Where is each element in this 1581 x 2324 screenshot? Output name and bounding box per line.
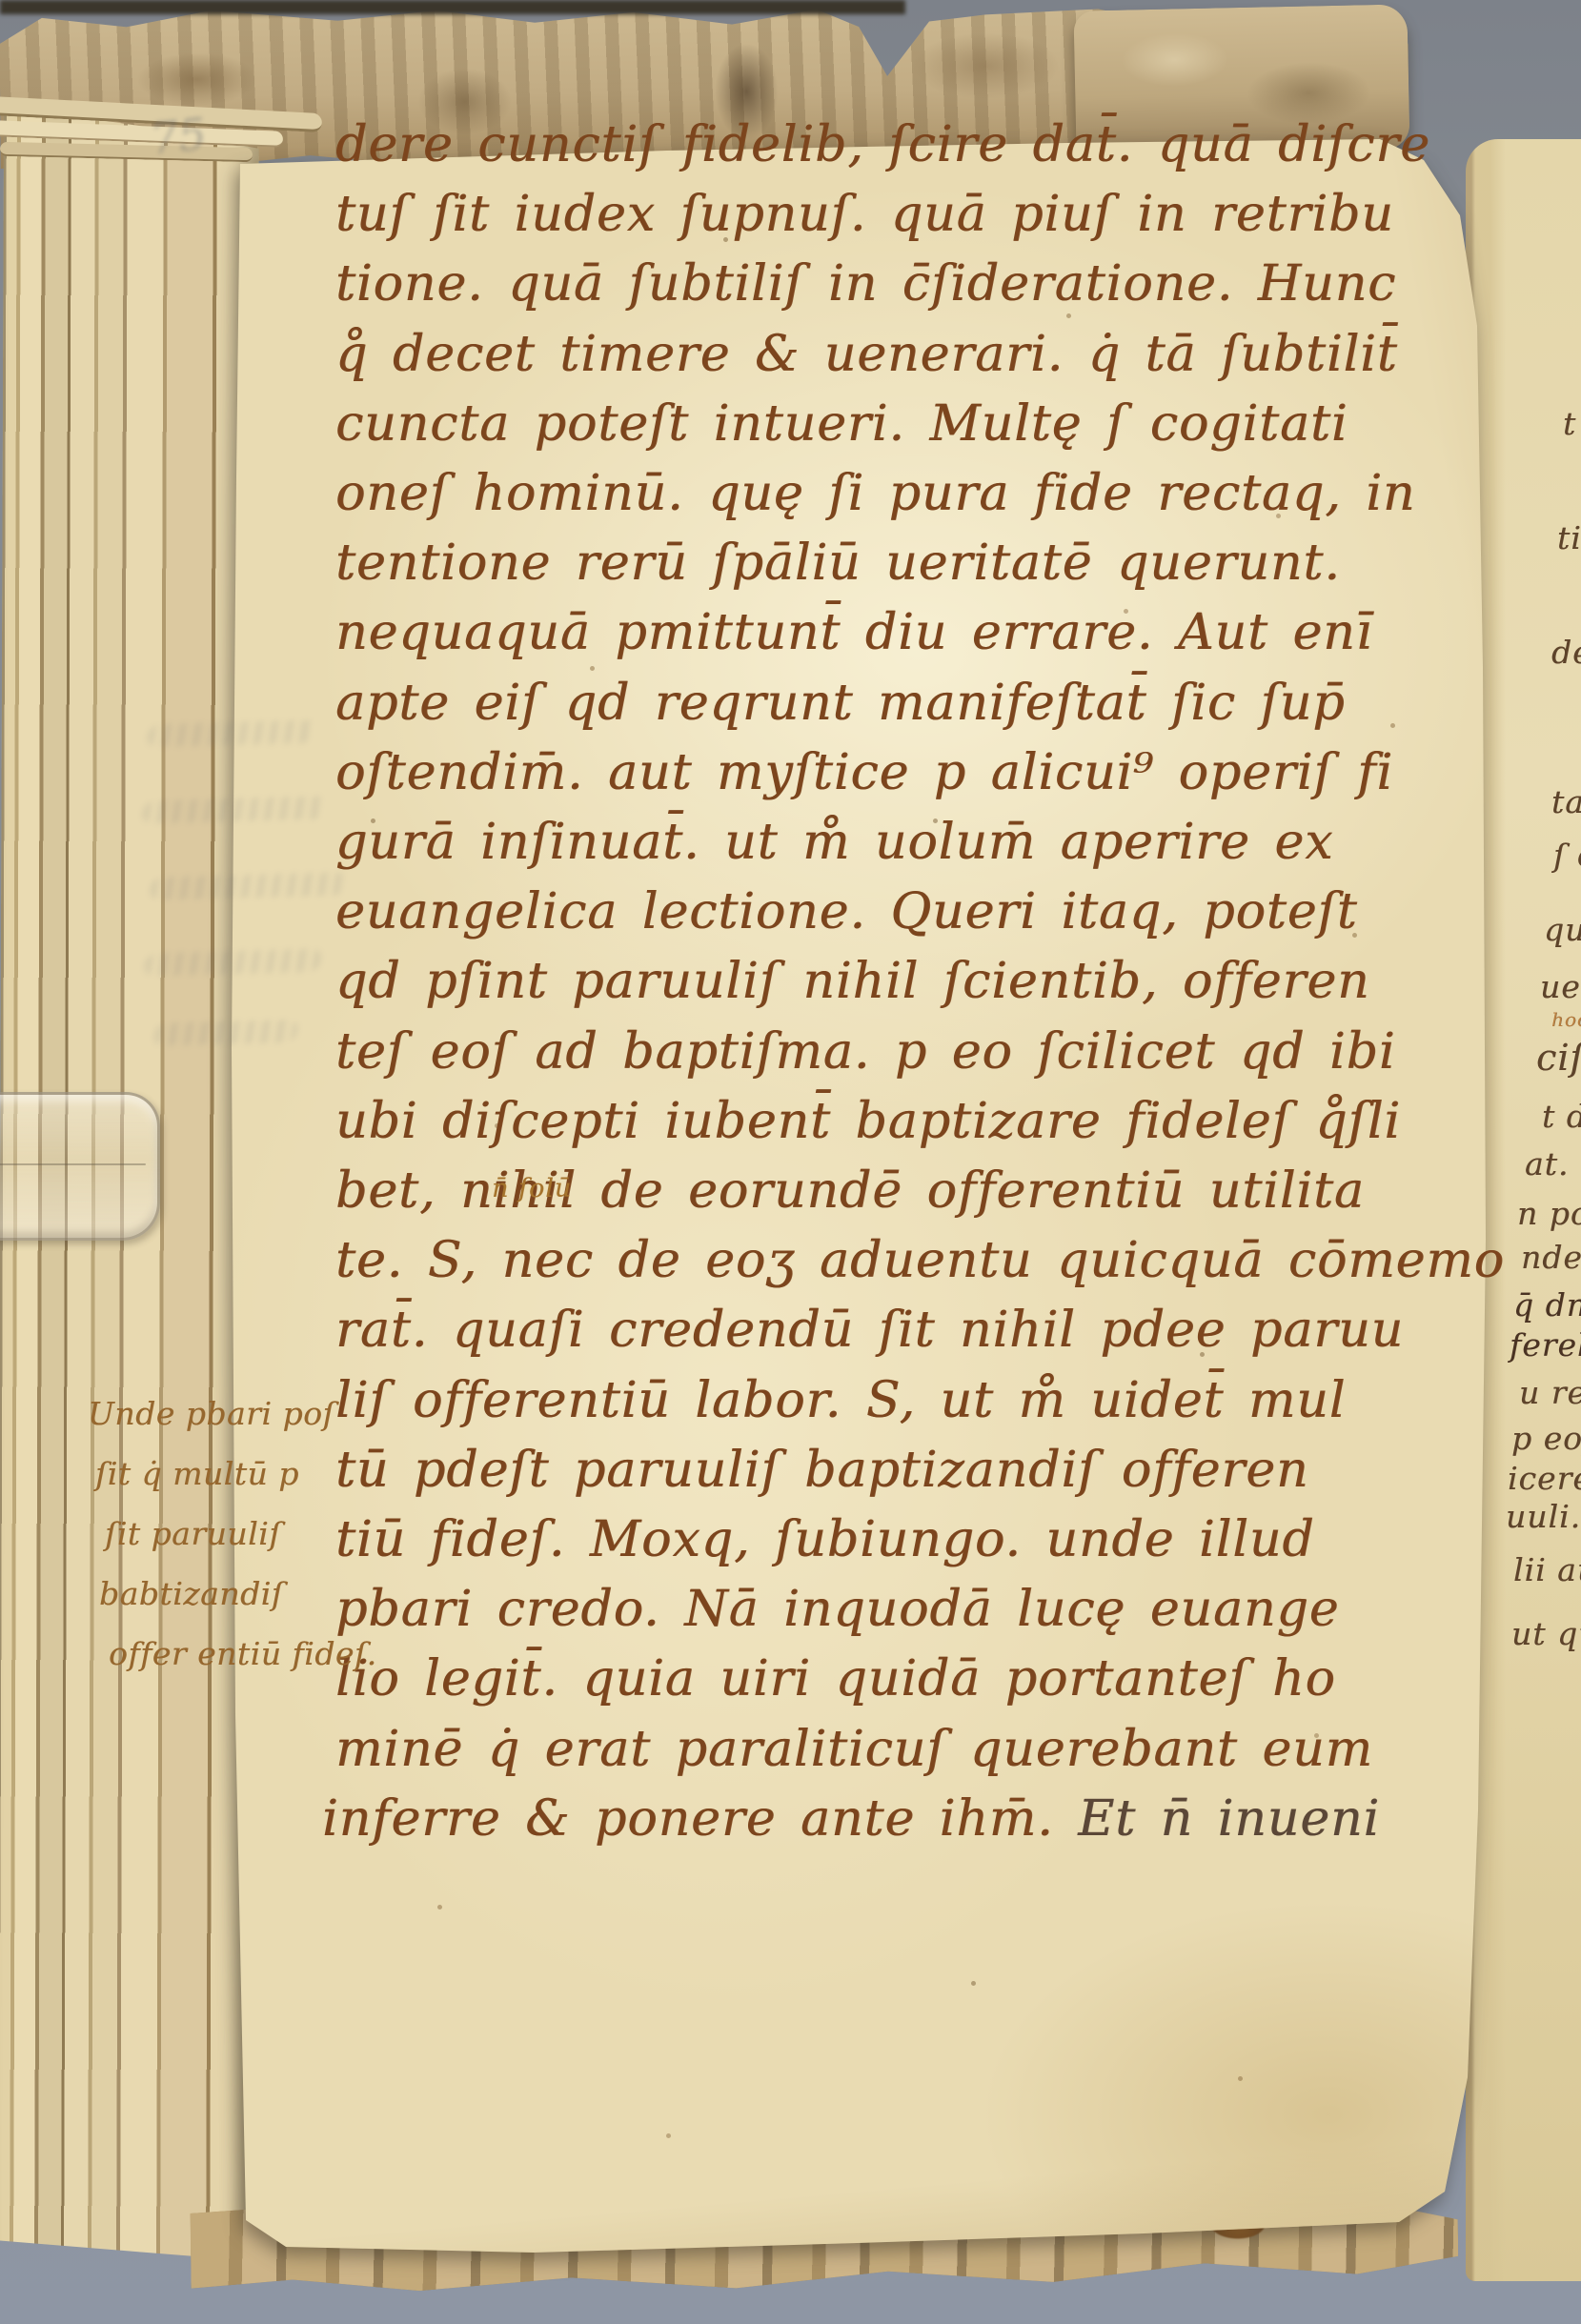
text-run: q̊ decet timere & uenerari. q̇ tā ſubtil… [335, 326, 1398, 383]
text-line-24: minē q̇ erat paraliticuſ querebant eum [335, 1725, 1373, 1774]
text-run: tentione rerū ſpāliū ueritatē querunt. [335, 535, 1341, 592]
text-line-18: rat̄. quaſi credendū ſit nihil pdee paru… [335, 1305, 1404, 1355]
interlinear-gloss: n̄ ſolū [492, 1174, 572, 1203]
text-run: inferre & ponere ante ihm̄. [322, 1790, 1078, 1848]
text-run: cuncta poteſt intueri. Multę ſ cogitati [335, 395, 1348, 453]
clip-crack-line [0, 1163, 146, 1165]
text-run: bet, nihil de eorundē offerentiū utilita [335, 1162, 1365, 1220]
text-line-7: tentione rerū ſpāliū ueritatē querunt. [335, 538, 1341, 588]
text-run: liſ offerentiū labor. S, ut m̊ uidet̄ mu… [335, 1372, 1346, 1429]
margin-note-line-3: ſit paruuliſ [88, 1504, 412, 1564]
text-run: tione. quā ſubtiliſ in c̄ſideratione. Hu… [335, 255, 1396, 313]
text-run: pbari credo. Nā inquodā lucę euange [335, 1581, 1340, 1638]
text-line-9: apte eiſ qd reqrunt manifeſtat̄ ſic ſup̄ [335, 678, 1346, 728]
text-run: apte eiſ qd reqrunt manifeſtat̄ ſic ſup̄ [335, 675, 1346, 732]
dark-ink-run: Et n̄ inueni [1078, 1790, 1380, 1848]
show-through-mark [141, 796, 328, 823]
text-line-12: euangelica lectione. Queri itaq, poteſt [335, 887, 1358, 937]
text-line-8: nequaquā pmittunt̄ diu errare. Aut enī [335, 608, 1372, 657]
text-run: oſtendim̄. aut myſtice p alicui⁹ operiſ … [335, 744, 1393, 801]
text-line-19: liſ offerentiū labor. S, ut m̊ uidet̄ mu… [335, 1376, 1346, 1425]
show-through-mark [152, 1020, 299, 1046]
text-line-25: inferre & ponere ante ihm̄. Et n̄ inueni [322, 1794, 1380, 1844]
text-line-1: dere cunctiſ fidelib, ſcire dat̄. quā di… [335, 120, 1430, 170]
text-run: qd pſint paruuliſ nihil ſcientib, offere… [335, 953, 1370, 1010]
text-run: gurā inſinuat̄. ut m̊ uolum̄ aperire ex [335, 814, 1333, 871]
text-line-10: oſtendim̄. aut myſtice p alicui⁹ operiſ … [335, 748, 1393, 798]
parchment-speckles [0, 0, 3, 3]
text-line-3: tione. quā ſubtiliſ in c̄ſideratione. Hu… [335, 259, 1396, 309]
text-run: euangelica lectione. Queri itaq, poteſt [335, 883, 1358, 940]
text-line-17: te. S, nec de eoʒ aduentu quicquā cōmemo [335, 1236, 1505, 1285]
text-run: minē q̇ erat paraliticuſ querebant eum [335, 1721, 1373, 1778]
show-through-mark [146, 720, 316, 748]
text-run: oneſ hominū. quę ſi pura fide rectaq, in [335, 465, 1415, 522]
margin-note-line-4: babtizandiſ [88, 1564, 412, 1624]
text-run: tū pdeſt paruuliſ baptizandiſ offeren [335, 1442, 1308, 1499]
text-line-13: qd pſint paruuliſ nihil ſcientib, offere… [335, 957, 1370, 1006]
text-line-11: gurā inſinuat̄. ut m̊ uolum̄ aperire ex [335, 818, 1333, 867]
manuscript-photo: ttidetanſ cqueuerhocciſtt deat. hicn por… [0, 0, 1581, 2324]
text-line-6: oneſ hominū. quę ſi pura fide rectaq, in [335, 469, 1415, 518]
margin-note: Unde pbari poſſit q̇ multū pſit paruuliſ… [88, 1384, 412, 1684]
text-line-16: bet, nihil de eorundē offerentiū utilita [335, 1166, 1365, 1216]
show-through-mark [143, 949, 323, 977]
margin-note-line-5: offer entiū fideſ. [88, 1624, 412, 1684]
text-line-15: ubi diſcepti iubent̄ baptizare fideleſ q… [335, 1097, 1401, 1146]
text-run: lio legit̄. quia uiri quidā portanteſ ho [335, 1650, 1336, 1708]
margin-note-line-1: Unde pbari poſ [88, 1384, 412, 1444]
plastic-page-clip [0, 1092, 160, 1241]
text-line-4: q̊ decet timere & uenerari. q̇ tā ſubtil… [335, 330, 1398, 379]
text-line-22: pbari credo. Nā inquodā lucę euange [335, 1585, 1340, 1634]
text-run: te. S, nec de eoʒ aduentu quicquā cōmemo [335, 1232, 1505, 1289]
text-run: tuſ ſit iudex ſupnuſ. quā piuſ in retrib… [335, 186, 1394, 243]
text-line-21: tiū fideſ. Moxq, ſubiungo. unde illud [335, 1515, 1315, 1565]
text-line-2: tuſ ſit iudex ſupnuſ. quā piuſ in retrib… [335, 190, 1394, 239]
text-run: rat̄. quaſi credendū ſit nihil pdee paru… [335, 1302, 1404, 1359]
text-run: teſ eoſ ad baptiſma. p eo ſcilicet qd ib… [335, 1023, 1396, 1081]
text-run: ubi diſcepti iubent̄ baptizare fideleſ q… [335, 1093, 1401, 1150]
text-line-20: tū pdeſt paruuliſ baptizandiſ offeren [335, 1445, 1308, 1495]
text-line-14: teſ eoſ ad baptiſma. p eo ſcilicet qd ib… [335, 1027, 1396, 1077]
margin-note-line-2: ſit q̇ multū p [88, 1444, 412, 1504]
text-run: dere cunctiſ fidelib, ſcire dat̄. quā di… [335, 116, 1430, 173]
text-line-5: cuncta poteſt intueri. Multę ſ cogitati [335, 399, 1348, 449]
text-run: nequaquā pmittunt̄ diu errare. Aut enī [335, 604, 1372, 661]
text-run: tiū fideſ. Moxq, ſubiungo. unde illud [335, 1511, 1315, 1568]
text-line-23: lio legit̄. quia uiri quidā portanteſ ho [335, 1654, 1336, 1704]
